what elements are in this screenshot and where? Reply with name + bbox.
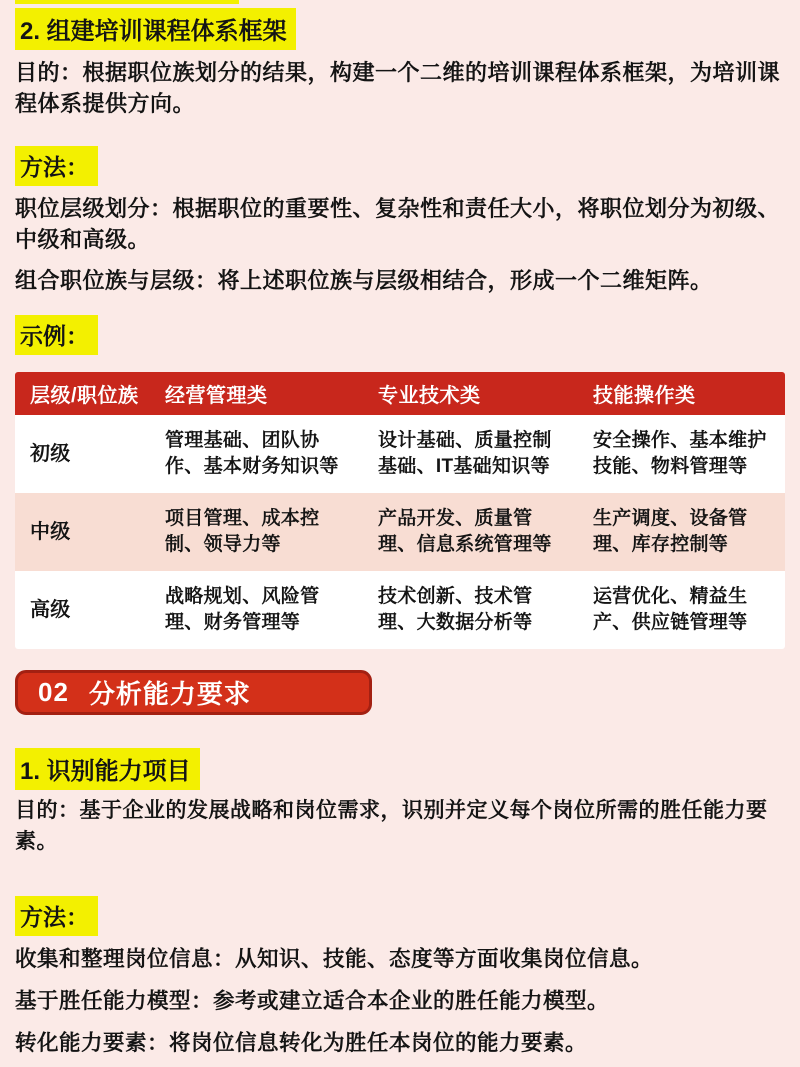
table-row: 高级 战略规划、风险管理、财务管理等 技术创新、技术管理、大数据分析等 运营优化… <box>15 571 785 649</box>
section-banner: 02 分析能力要求 <box>15 670 372 715</box>
table-header-operations: 技能操作类 <box>578 379 785 408</box>
table-cell-technical: 产品开发、质量管理、信息系统管理等 <box>363 494 578 570</box>
cutoff-highlight-sliver <box>15 0 239 4</box>
section2-purpose-text: 目的：基于企业的发展战略和岗位需求，识别并定义每个岗位所需的胜任能力要素。 <box>15 795 785 857</box>
table-header-technical: 专业技术类 <box>363 379 578 408</box>
table-header-management: 经营管理类 <box>150 379 363 408</box>
table-cell-level: 高级 <box>15 585 150 635</box>
section1-example-label: 示例： <box>15 315 98 355</box>
table-cell-management: 管理基础、团队协作、基本财务知识等 <box>150 416 363 492</box>
competency-matrix-table: 层级/职位族 经营管理类 专业技术类 技能操作类 初级 管理基础、团队协作、基本… <box>15 372 785 649</box>
section1-method-item-1: 职位层级划分：根据职位的重要性、复杂性和责任大小，将职位划分为初级、中级和高级。 <box>15 193 785 255</box>
table-cell-operations: 安全操作、基本维护技能、物料管理等 <box>578 416 785 492</box>
table-row: 中级 项目管理、成本控制、领导力等 产品开发、质量管理、信息系统管理等 生产调度… <box>15 493 785 571</box>
table-cell-level: 中级 <box>15 507 150 557</box>
section2-method-label: 方法： <box>15 896 98 936</box>
section-banner-title: 分析能力要求 <box>89 674 251 711</box>
section1-method-item-2: 组合职位族与层级：将上述职位族与层级相结合，形成一个二维矩阵。 <box>15 265 785 296</box>
table-cell-level: 初级 <box>15 429 150 479</box>
section2-step-1: 收集和整理岗位信息：从知识、技能、态度等方面收集岗位信息。 <box>15 944 785 974</box>
table-cell-management: 战略规划、风险管理、财务管理等 <box>150 572 363 648</box>
section2-step-2: 基于胜任能力模型：参考或建立适合本企业的胜任能力模型。 <box>15 986 785 1016</box>
section1-method-label: 方法： <box>15 146 98 186</box>
section-banner-number: 02 <box>38 677 69 708</box>
table-row: 初级 管理基础、团队协作、基本财务知识等 设计基础、质量控制基础、IT基础知识等… <box>15 415 785 493</box>
section2-heading: 1. 识别能力项目 <box>15 748 200 790</box>
table-cell-operations: 生产调度、设备管理、库存控制等 <box>578 494 785 570</box>
document-page: 2. 组建培训课程体系框架 目的：根据职位族划分的结果，构建一个二维的培训课程体… <box>0 0 800 1067</box>
section1-purpose-text: 目的：根据职位族划分的结果，构建一个二维的培训课程体系框架，为培训课程体系提供方… <box>15 57 785 119</box>
table-cell-technical: 设计基础、质量控制基础、IT基础知识等 <box>363 416 578 492</box>
table-header-row: 层级/职位族 经营管理类 专业技术类 技能操作类 <box>15 372 785 415</box>
section-build-framework: 2. 组建培训课程体系框架 目的：根据职位族划分的结果，构建一个二维的培训课程体… <box>15 0 785 649</box>
table-cell-technical: 技术创新、技术管理、大数据分析等 <box>363 572 578 648</box>
table-cell-operations: 运营优化、精益生产、供应链管理等 <box>578 572 785 648</box>
section2-step-3: 转化能力要素：将岗位信息转化为胜任本岗位的能力要素。 <box>15 1028 785 1058</box>
section-identify-competency: 1. 识别能力项目 目的：基于企业的发展战略和岗位需求，识别并定义每个岗位所需的… <box>15 715 785 1058</box>
section1-heading: 2. 组建培训课程体系框架 <box>15 8 296 50</box>
table-header-level-family: 层级/职位族 <box>15 379 150 408</box>
table-cell-management: 项目管理、成本控制、领导力等 <box>150 494 363 570</box>
